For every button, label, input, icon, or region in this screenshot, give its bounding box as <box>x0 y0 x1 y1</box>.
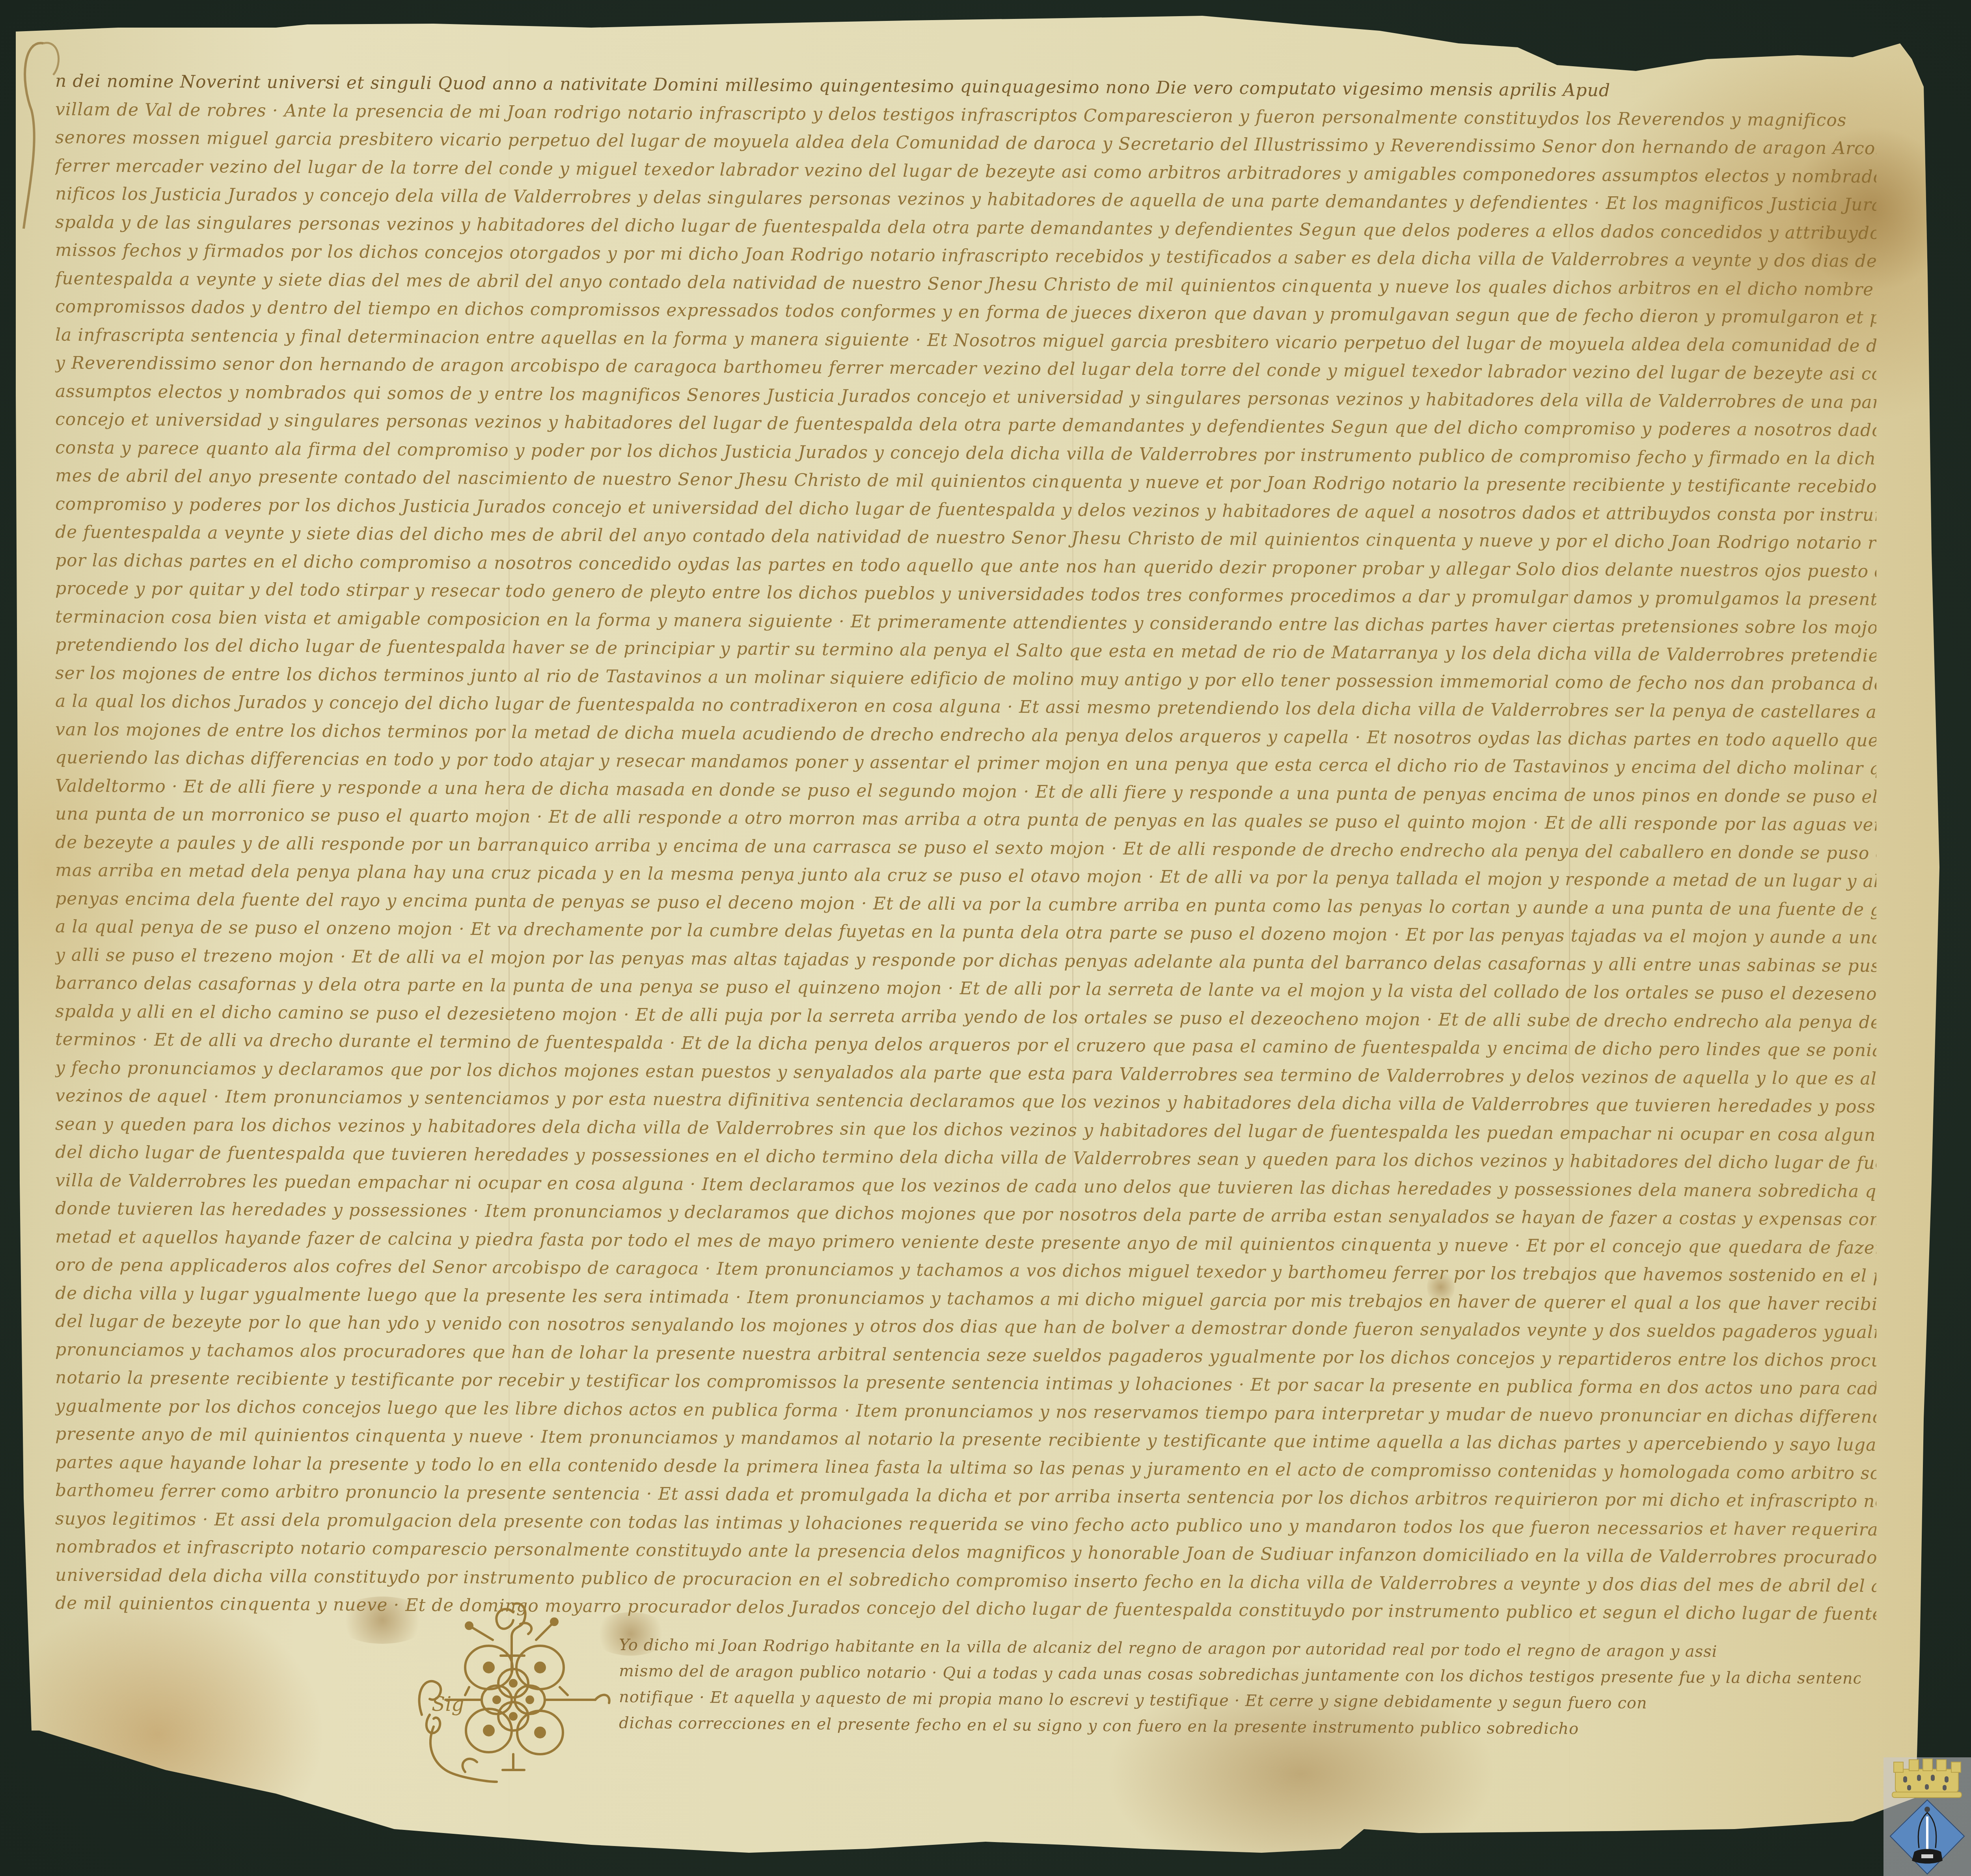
mural-crown-icon <box>1892 1759 1962 1798</box>
coat-of-arms-watermark <box>1883 1757 1971 1876</box>
document-body: n dei nomine Noverint universi et singul… <box>55 67 1876 1617</box>
notarial-sign-icon: Sig <box>410 1597 615 1801</box>
document-viewer: n dei nomine Noverint universi et singul… <box>0 0 1971 1876</box>
notary-subscription: Yo dicho mi Joan Rodrigo habitante en la… <box>619 1632 1861 1736</box>
svg-text:Sig: Sig <box>432 1693 464 1716</box>
fountain-shield-icon <box>1890 1800 1964 1874</box>
coat-of-arms-icon <box>1883 1757 1971 1876</box>
parchment-sheet: n dei nomine Noverint universi et singul… <box>0 0 1971 1876</box>
